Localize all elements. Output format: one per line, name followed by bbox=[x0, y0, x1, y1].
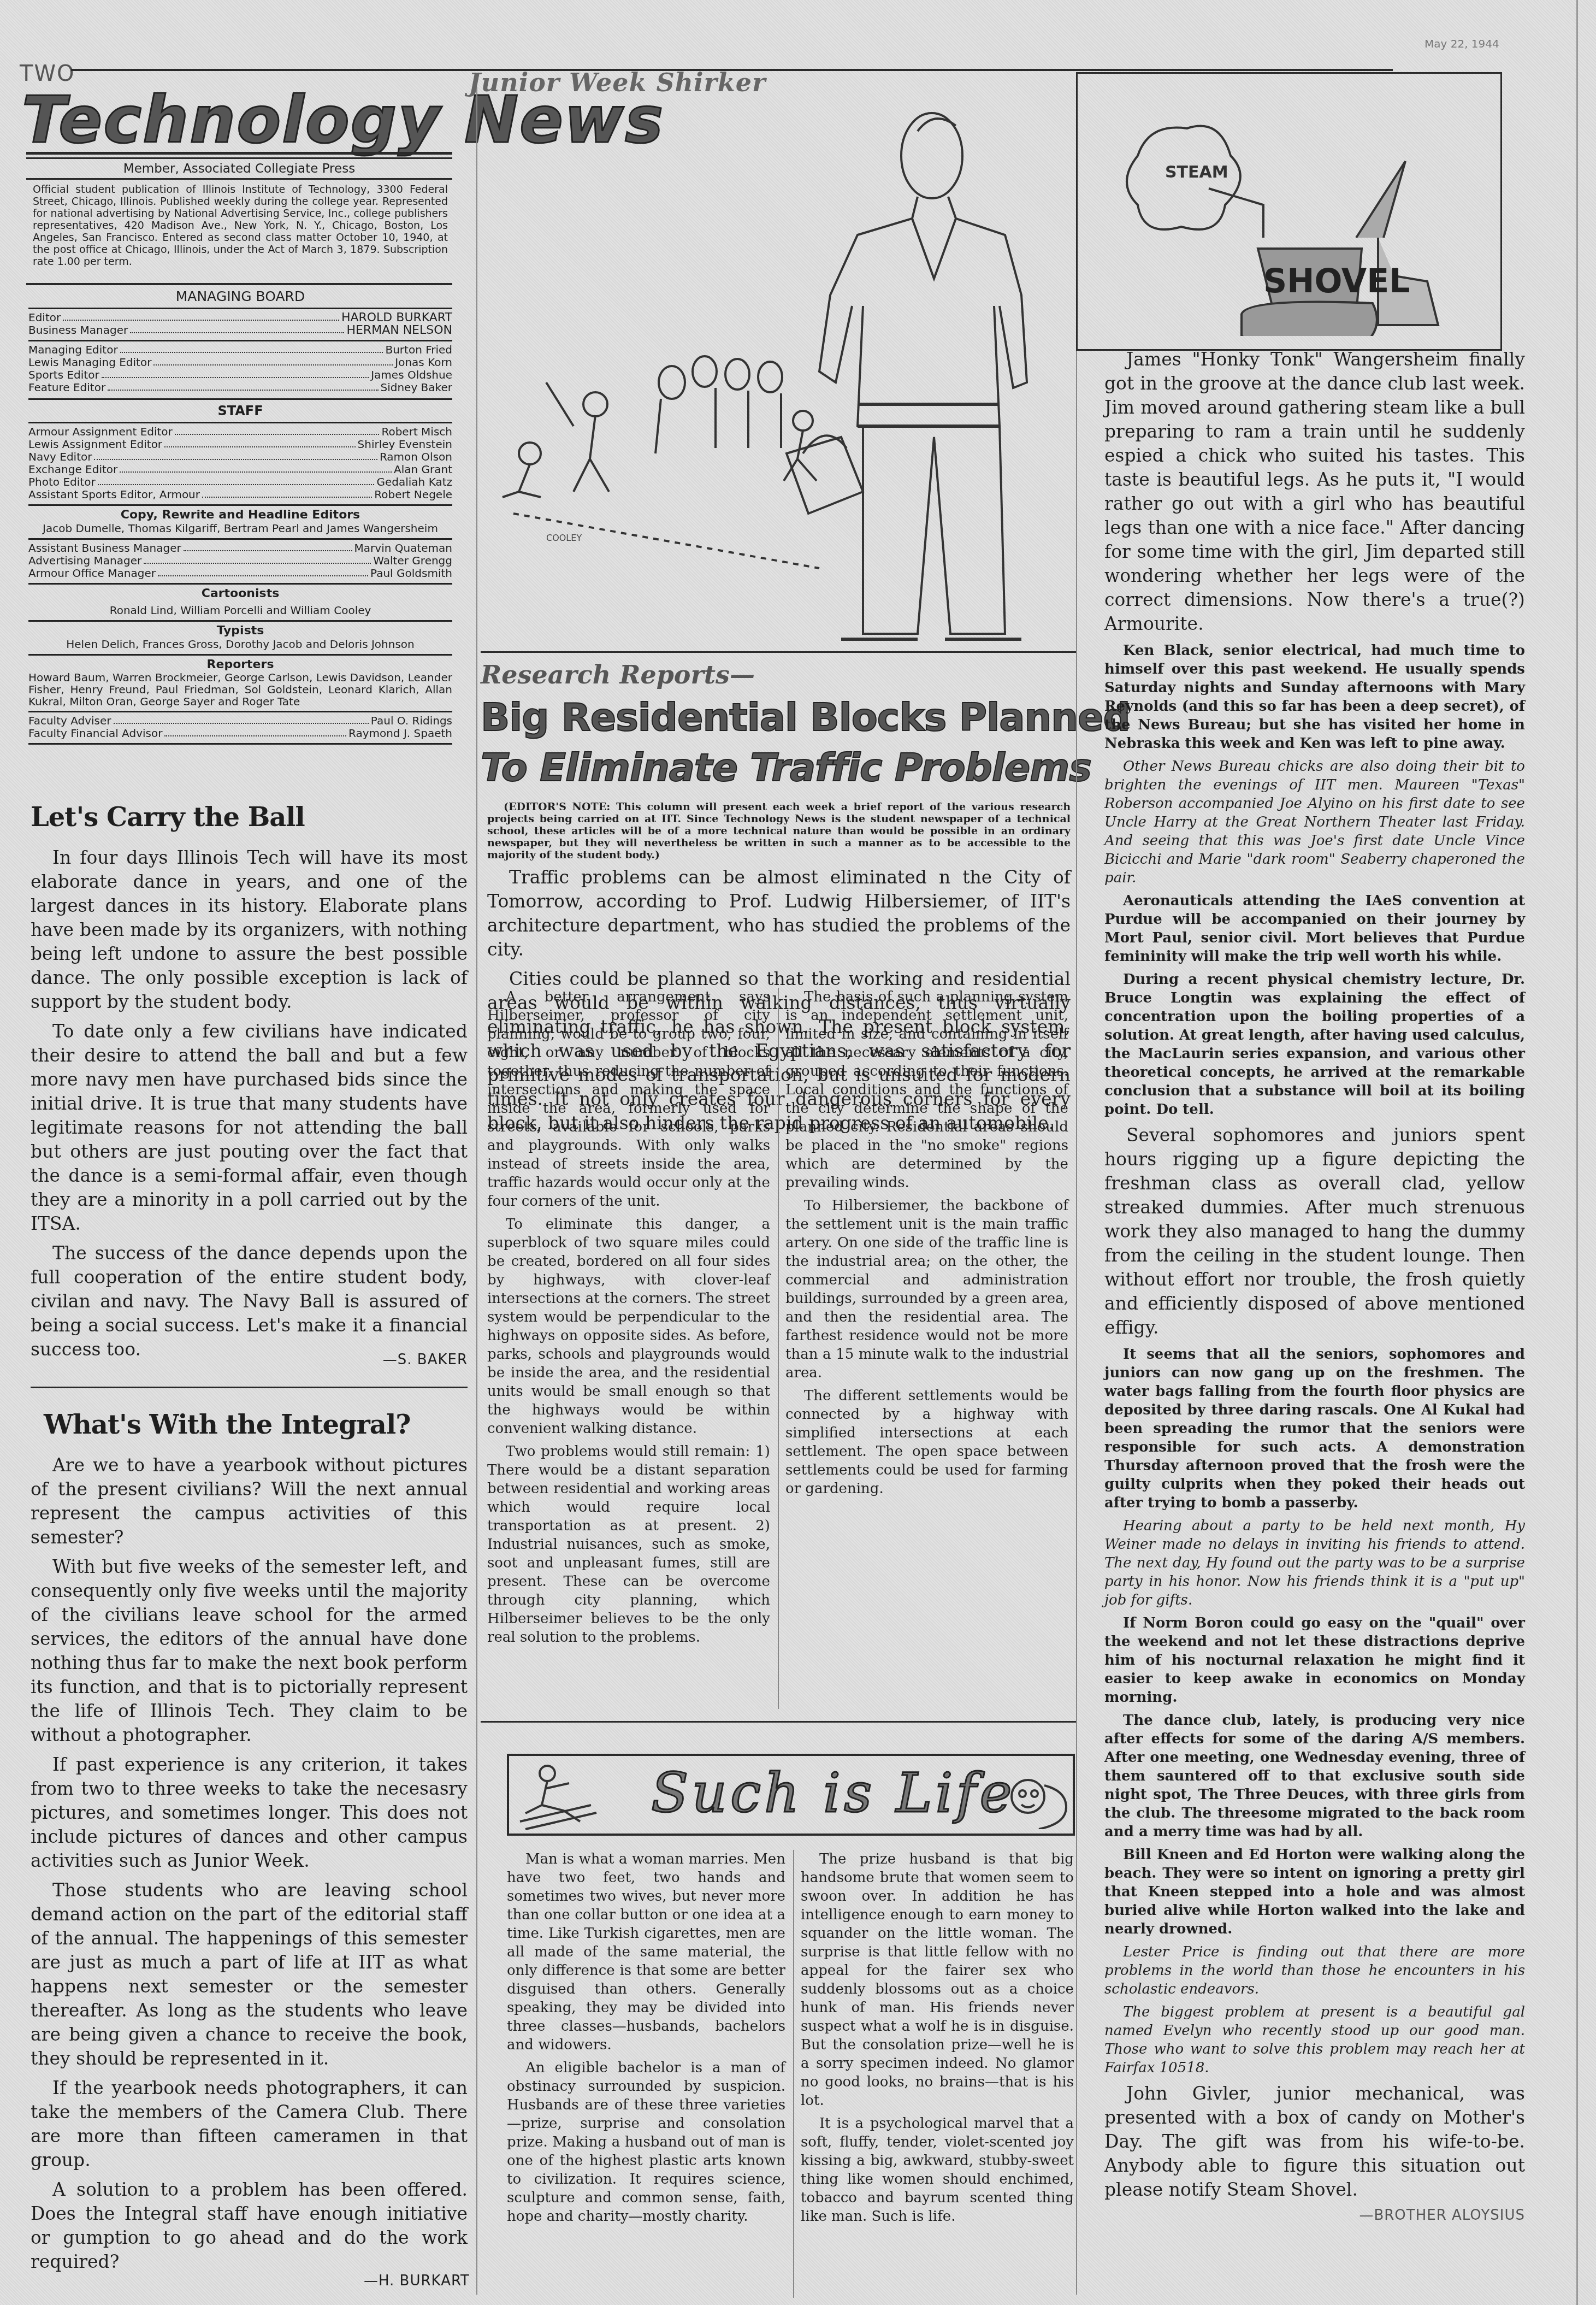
staff-row: Feature EditorSidney Baker bbox=[28, 381, 452, 394]
skier-icon bbox=[515, 1761, 607, 1830]
staff-row: Lewis Managing EditorJonas Korn bbox=[28, 356, 452, 369]
copy-editors-names: Jacob Dumelle, Thomas Kilgariff, Bertram… bbox=[28, 522, 452, 535]
staff-row: Armour Assignment EditorRobert Misch bbox=[28, 426, 452, 438]
copy-editors-heading: Copy, Rewrite and Headline Editors bbox=[28, 508, 452, 522]
editorial-body: Are we to have a yearbook without pictur… bbox=[31, 1453, 468, 2279]
staff-row: Lewis Assignment EditorShirley Evenstein bbox=[28, 438, 452, 451]
gossip-item: Lester Price is finding out that there a… bbox=[1104, 1943, 1525, 1999]
column-signature: —BROTHER ALOYSIUS bbox=[1104, 2207, 1525, 2224]
gossip-item: John Givler, junior mechanical, was pres… bbox=[1104, 2082, 1525, 2202]
staff-box: MANAGING BOARD EditorHAROLD BURKART Busi… bbox=[28, 288, 452, 745]
research-headline-line-2: To Eliminate Traffic Problems bbox=[481, 745, 1091, 790]
research-headline-line-1: Big Residential Blocks Planned bbox=[481, 695, 1130, 740]
steam-shovel-column: James "Honky Tonk" Wangersheim finally g… bbox=[1104, 347, 1525, 2224]
gossip-item: The biggest problem at present is a beau… bbox=[1104, 2003, 1525, 2077]
staff-row: Sports EditorJames Oldshue bbox=[28, 369, 452, 381]
gossip-item: The dance club, lately, is producing ver… bbox=[1104, 1711, 1525, 1841]
staff-row: Assistant Business ManagerMarvin Quatema… bbox=[28, 542, 452, 555]
publication-statement: Official student publication of Illinois… bbox=[33, 184, 448, 268]
managing-board-heading: MANAGING BOARD bbox=[28, 288, 452, 304]
svg-text:COOLEY: COOLEY bbox=[546, 533, 582, 543]
reporters-heading: Reporters bbox=[28, 658, 452, 671]
gossip-item: Ken Black, senior electrical, had much t… bbox=[1104, 641, 1525, 753]
research-column-1: A better arrangement says Hilberseimer, … bbox=[487, 988, 770, 1651]
staff-heading: STAFF bbox=[28, 403, 452, 418]
editorial-headline: What's With the Integral? bbox=[44, 1410, 410, 1440]
editorial-headline: Let's Carry the Ball bbox=[31, 802, 305, 833]
editorial-signature: —S. BAKER bbox=[31, 1352, 468, 1368]
cartoon-title: Junior Week Shirker bbox=[469, 68, 766, 97]
gossip-item: Bill Kneen and Ed Horton were walking al… bbox=[1104, 1846, 1525, 1938]
staff-row: Armour Office ManagerPaul Goldsmith bbox=[28, 567, 452, 580]
steam-shovel-logo-box: STEAM SHOVEL bbox=[1076, 72, 1502, 351]
staff-row: Advertising ManagerWalter Grengg bbox=[28, 555, 452, 567]
clown-face-icon bbox=[1001, 1764, 1072, 1829]
svg-text:SHOVEL: SHOVEL bbox=[1263, 262, 1410, 300]
research-kicker: Research Reports— bbox=[481, 660, 755, 689]
staff-row: Faculty AdviserPaul O. Ridings bbox=[28, 715, 452, 727]
staff-row: Business ManagerHERMAN NELSON bbox=[28, 324, 452, 337]
cartoon-illustration: COOLEY bbox=[481, 98, 1071, 656]
staff-row: Exchange EditorAlan Grant bbox=[28, 463, 452, 476]
staff-row: Managing EditorBurton Fried bbox=[28, 344, 452, 356]
staff-row: Navy EditorRamon Olson bbox=[28, 451, 452, 463]
gossip-item: James "Honky Tonk" Wangersheim finally g… bbox=[1104, 347, 1525, 636]
staff-row: Photo EditorGedaliah Katz bbox=[28, 476, 452, 488]
gossip-item: Hearing about a party to be held next mo… bbox=[1104, 1517, 1525, 1610]
newspaper-page: TWO Technology News Member, Associated C… bbox=[0, 0, 1596, 2305]
such-is-life-title: Such is Life bbox=[651, 1760, 1015, 1826]
staff-row: Faculty Financial AdvisorRaymond J. Spae… bbox=[28, 727, 452, 740]
gossip-item: Aeronauticals attending the IAeS convent… bbox=[1104, 892, 1525, 966]
gossip-item: Other News Bureau chicks are also doing … bbox=[1104, 757, 1525, 887]
editorial-signature: —H. BURKART bbox=[306, 2273, 470, 2289]
editorial-body: In four days Illinois Tech will have its… bbox=[31, 846, 468, 1367]
typists-heading: Typists bbox=[28, 624, 452, 638]
such-is-life-column-2: The prize husband is that big handsome b… bbox=[801, 1850, 1074, 2230]
cartoonists-names: Ronald Lind, William Porcelli and Willia… bbox=[28, 604, 452, 617]
gossip-item: During a recent physical chemistry lectu… bbox=[1104, 970, 1525, 1119]
typists-names: Helen Delich, Frances Gross, Dorothy Jac… bbox=[28, 638, 452, 651]
reporters-names: Howard Baum, Warren Brockmeier, George C… bbox=[28, 671, 452, 708]
steam-shovel-logo: STEAM SHOVEL bbox=[1100, 96, 1482, 336]
gossip-item: Several sophomores and juniors spent hou… bbox=[1104, 1123, 1525, 1340]
such-is-life-banner: Such is Life bbox=[507, 1754, 1075, 1836]
such-is-life-column-1: Man is what a woman marries. Men have tw… bbox=[507, 1850, 785, 2230]
gossip-item: It seems that all the seniors, sophomore… bbox=[1104, 1345, 1525, 1512]
editors-note: (EDITOR'S NOTE: This column will present… bbox=[487, 801, 1071, 861]
research-column-2: The basis of such a planning system is a… bbox=[785, 988, 1068, 1502]
gossip-item: If Norm Boron could go easy on the "quai… bbox=[1104, 1614, 1525, 1707]
staff-row: EditorHAROLD BURKART bbox=[28, 311, 452, 324]
cartoonists-heading: Cartoonists bbox=[28, 587, 452, 600]
svg-text:STEAM: STEAM bbox=[1165, 163, 1228, 182]
staff-row: Assistant Sports Editor, ArmourRobert Ne… bbox=[28, 488, 452, 501]
issue-date: May 22, 1944 bbox=[1424, 37, 1499, 50]
member-line: Member, Associated Collegiate Press bbox=[26, 162, 452, 176]
